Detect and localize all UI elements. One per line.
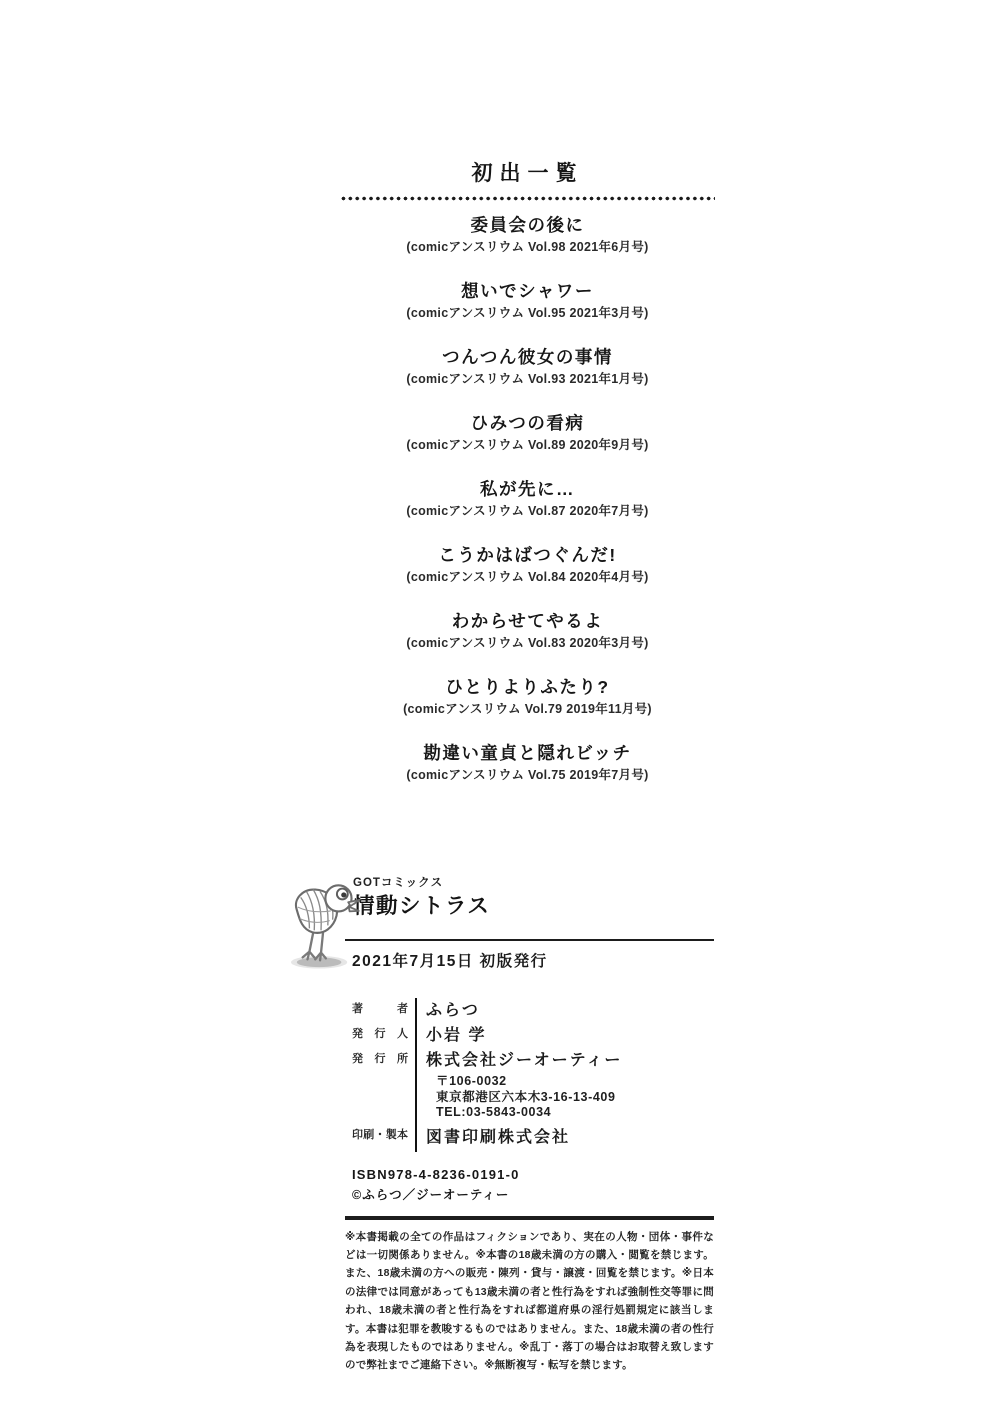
phone-line: TEL:03-5843-0034 <box>436 1105 622 1121</box>
entry-title: つんつん彼女の事情 <box>340 345 715 369</box>
book-title: 情動シトラス <box>353 893 715 920</box>
entry-title: 私が先に… <box>340 477 715 501</box>
credits-table: 著者 ふらつ 発行人 小岩 学 発行所 株式会社ジーオーティー <box>352 998 715 1152</box>
entry-title: こうかはばつぐんだ! <box>340 543 715 567</box>
credit-label: 発行所 <box>352 1052 408 1066</box>
list-item: 私が先に… (comicアンスリウム Vol.87 2020年7月号) <box>340 477 715 521</box>
entry-source: (comicアンスリウム Vol.87 2020年7月号) <box>340 501 715 521</box>
credit-value: 小岩 学 <box>426 1023 486 1048</box>
first-publication-section: 初出一覧 委員会の後に (comicアンスリウム Vol.98 2021年6月号… <box>340 160 715 807</box>
credit-row-publisher-company: 発行所 株式会社ジーオーティー 〒106-0032 東京都港区六本木3-16-1… <box>352 1048 715 1124</box>
entry-source: (comicアンスリウム Vol.75 2019年7月号) <box>340 765 715 785</box>
credit-label: 発行人 <box>352 1027 408 1041</box>
list-item: ひみつの看病 (comicアンスリウム Vol.89 2020年9月号) <box>340 411 715 455</box>
list-item: こうかはばつぐんだ! (comicアンスリウム Vol.84 2020年4月号) <box>340 543 715 587</box>
credit-row-printer: 印刷・製本 図書印刷株式会社 <box>352 1124 715 1152</box>
list-item: 委員会の後に (comicアンスリウム Vol.98 2021年6月号) <box>340 213 715 257</box>
colophon-section: GOTコミックス 情動シトラス 2021年7月15日 初版発行 著者 ふらつ 発… <box>283 871 715 1375</box>
publication-date: 2021年7月15日 初版発行 <box>352 951 715 972</box>
credit-label: 印刷・製本 <box>352 1128 408 1142</box>
entry-title: ひみつの看病 <box>340 411 715 435</box>
copyright: ©ふらつ／ジーオーティー <box>352 1185 715 1205</box>
brand-text: GOTコミックス 情動シトラス <box>353 876 715 920</box>
entry-title: わからせてやるよ <box>340 609 715 633</box>
entry-source: (comicアンスリウム Vol.93 2021年1月号) <box>340 369 715 389</box>
credit-row-author: 著者 ふらつ <box>352 998 715 1023</box>
brand-row: GOTコミックス 情動シトラス <box>283 876 715 934</box>
credit-value: ふらつ <box>426 998 480 1023</box>
title-rule <box>345 939 714 941</box>
entry-title: ひとりよりふたり? <box>340 675 715 699</box>
credit-value: 図書印刷株式会社 <box>426 1124 570 1152</box>
entry-source: (comicアンスリウム Vol.89 2020年9月号) <box>340 435 715 455</box>
section-title: 初出一覧 <box>340 160 715 188</box>
postal-code: 〒106-0032 <box>436 1074 622 1090</box>
list-item: ひとりよりふたり? (comicアンスリウム Vol.79 2019年11月号) <box>340 675 715 719</box>
credit-label: 著者 <box>352 1002 408 1016</box>
disclaimer-text: ※本書掲載の全ての作品はフィクションであり、実在の人物・団体・事件などは一切関係… <box>345 1228 714 1375</box>
isbn: ISBN978-4-8236-0191-0 <box>352 1165 715 1185</box>
entry-source: (comicアンスリウム Vol.83 2020年3月号) <box>340 633 715 653</box>
entry-title: 勘違い童貞と隠れビッチ <box>340 741 715 765</box>
entry-title: 委員会の後に <box>340 213 715 237</box>
entry-source: (comicアンスリウム Vol.98 2021年6月号) <box>340 237 715 257</box>
address-line: 東京都港区六本木3-16-13-409 <box>436 1090 622 1106</box>
bird-logo-icon <box>283 878 361 970</box>
colophon-page: 初出一覧 委員会の後に (comicアンスリウム Vol.98 2021年6月号… <box>0 0 1000 1419</box>
entry-source: (comicアンスリウム Vol.84 2020年4月号) <box>340 567 715 587</box>
thick-divider <box>345 1216 714 1220</box>
list-item: 勘違い童貞と隠れビッチ (comicアンスリウム Vol.75 2019年7月号… <box>340 741 715 785</box>
publication-list: 委員会の後に (comicアンスリウム Vol.98 2021年6月号) 想いで… <box>340 213 715 785</box>
entry-source: (comicアンスリウム Vol.95 2021年3月号) <box>340 303 715 323</box>
credit-row-publisher-person: 発行人 小岩 学 <box>352 1023 715 1048</box>
isbn-block: ISBN978-4-8236-0191-0 ©ふらつ／ジーオーティー <box>352 1165 715 1205</box>
list-item: つんつん彼女の事情 (comicアンスリウム Vol.93 2021年1月号) <box>340 345 715 389</box>
credit-value: 株式会社ジーオーティー <box>426 1048 622 1073</box>
list-item: わからせてやるよ (comicアンスリウム Vol.83 2020年3月号) <box>340 609 715 653</box>
publisher-address: 〒106-0032 東京都港区六本木3-16-13-409 TEL:03-584… <box>426 1073 622 1124</box>
dotted-divider <box>340 196 715 201</box>
list-item: 想いでシャワー (comicアンスリウム Vol.95 2021年3月号) <box>340 279 715 323</box>
entry-source: (comicアンスリウム Vol.79 2019年11月号) <box>340 699 715 719</box>
imprint-label: GOTコミックス <box>353 876 715 890</box>
entry-title: 想いでシャワー <box>340 279 715 303</box>
